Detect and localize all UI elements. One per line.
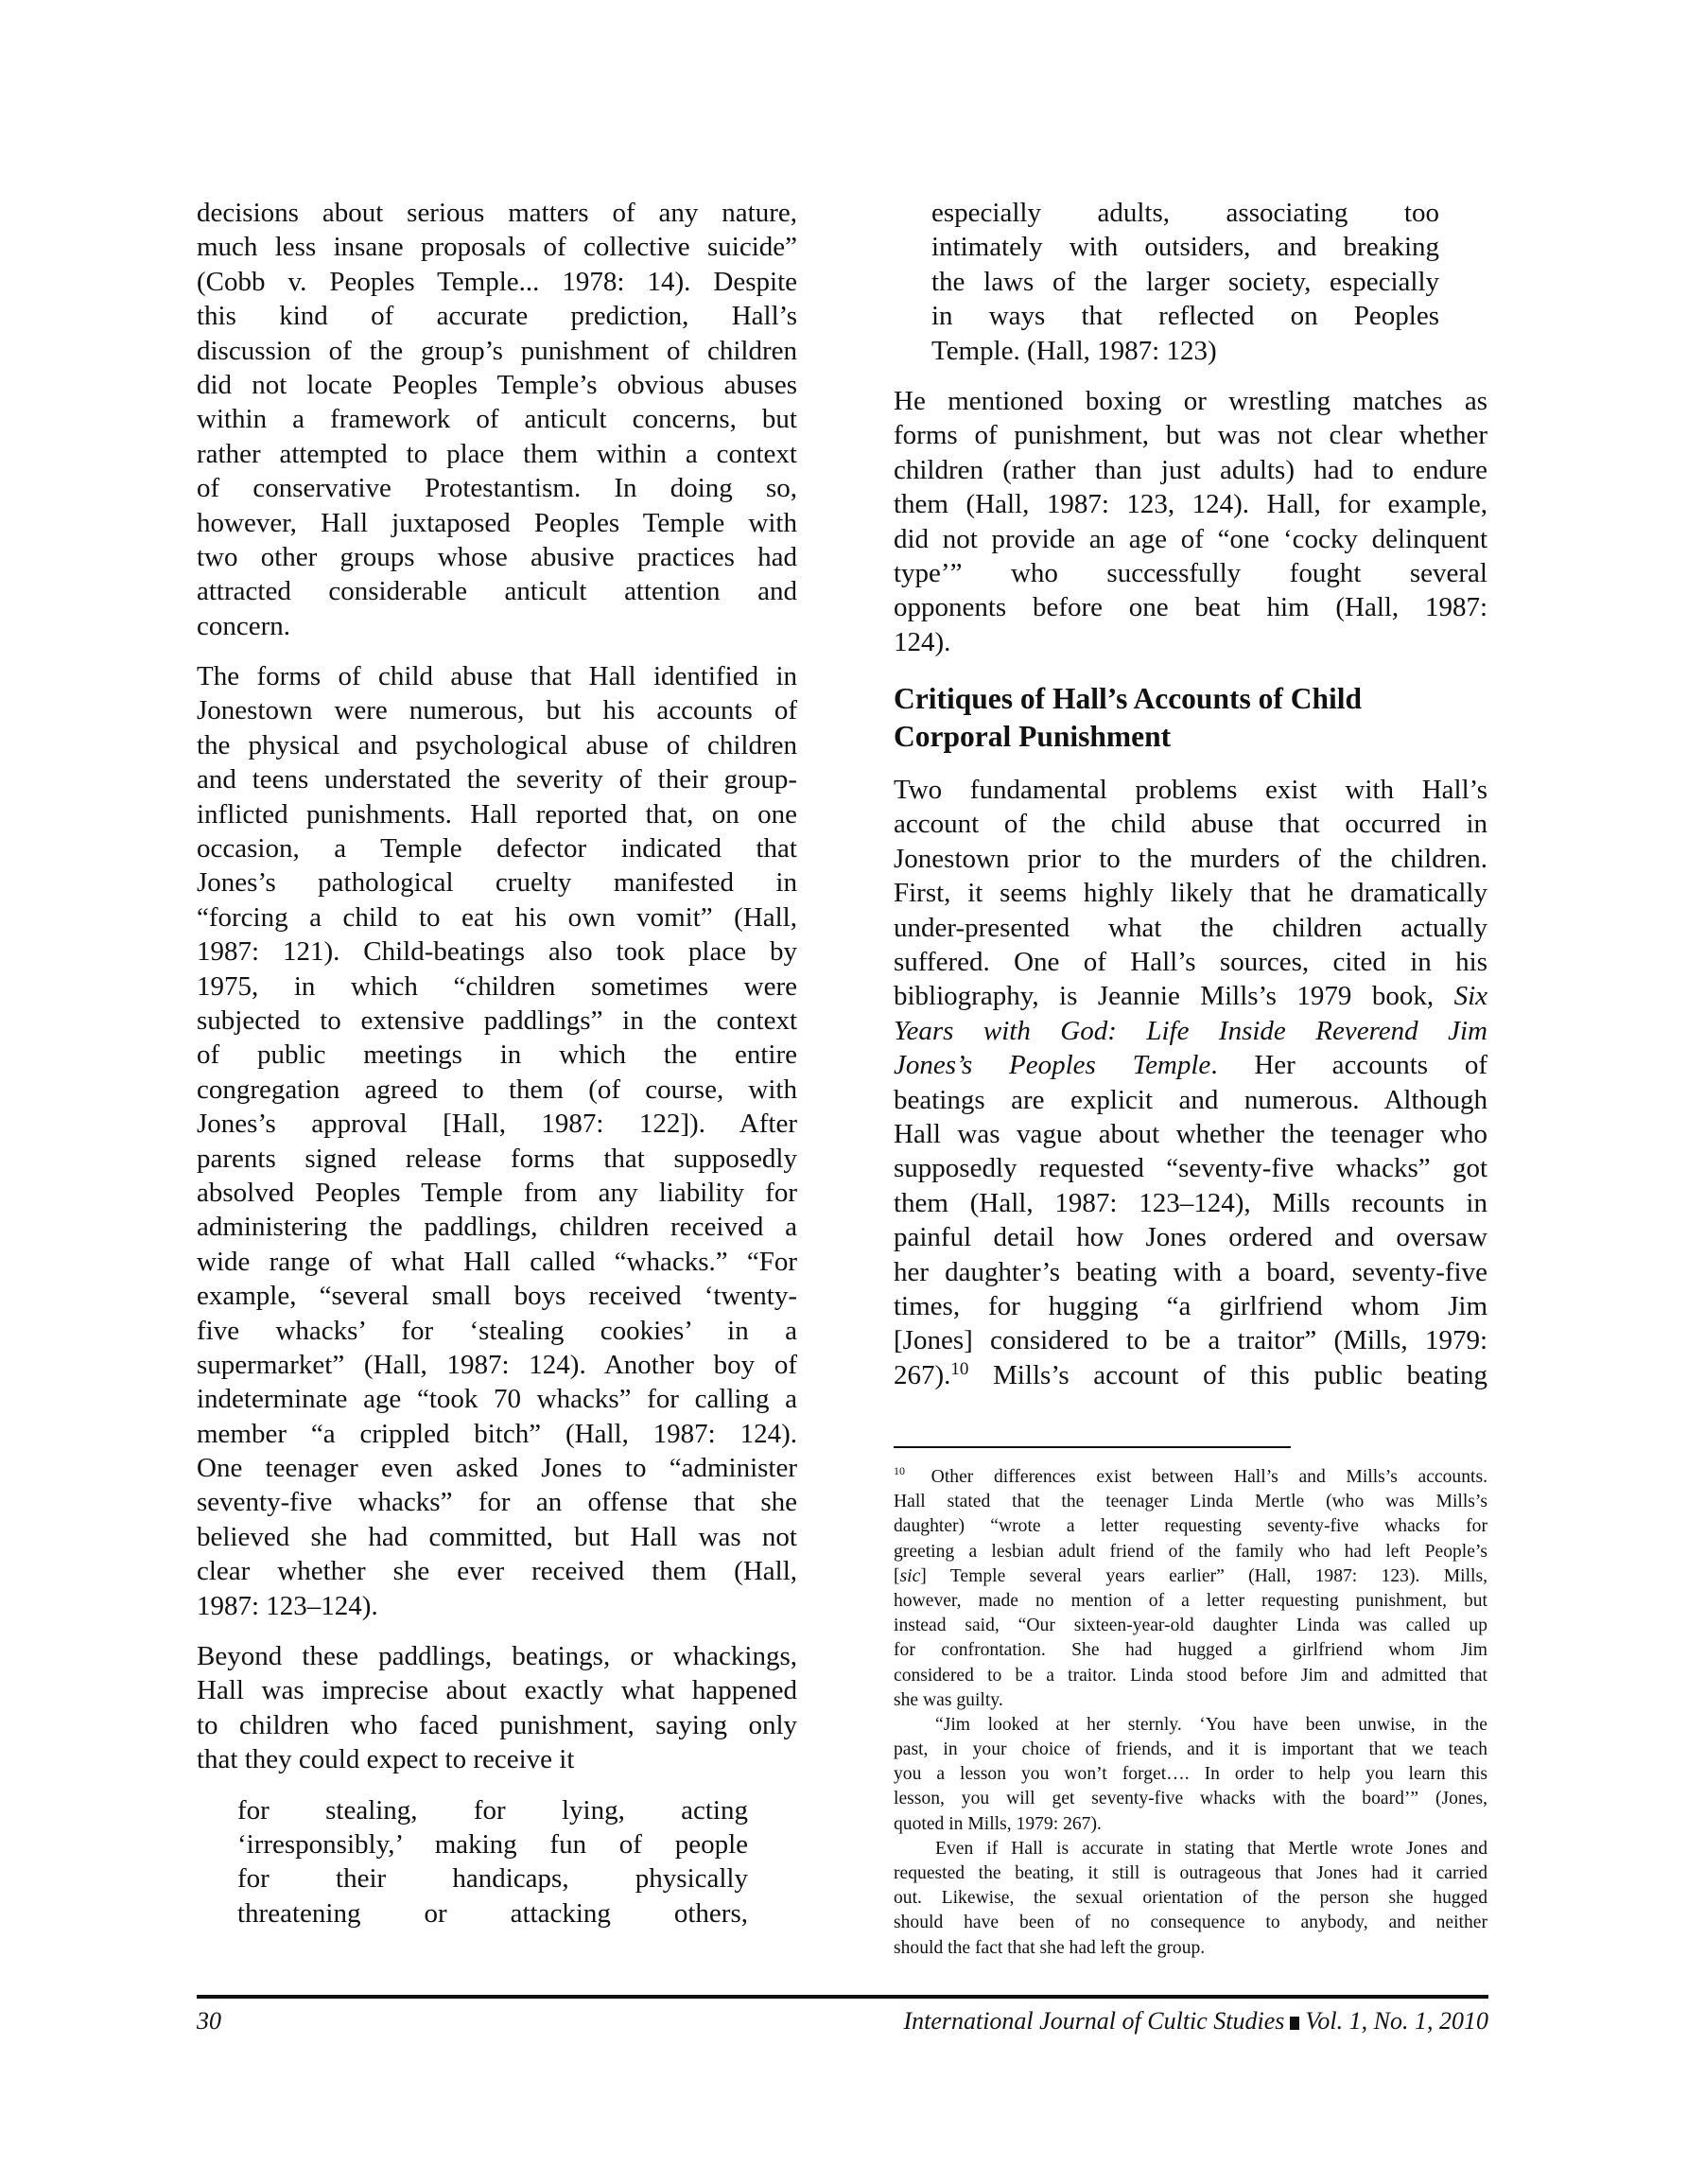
text-line: ‘irresponsibly,’ making fun of people xyxy=(237,1827,748,1861)
text-line: Temple. (Hall, 1987: 123) xyxy=(931,334,1439,368)
footer-rule xyxy=(197,1995,1488,1999)
footnote-line: for confrontation. She had hugged a girl… xyxy=(894,1638,1487,1663)
text-line: member “a crippled bitch” (Hall, 1987: 1… xyxy=(197,1417,797,1451)
text-line: and teens understated the severity of th… xyxy=(197,762,797,796)
paragraph: Beyond these paddlings, beatings, or wha… xyxy=(197,1639,797,1777)
footnote-separator xyxy=(894,1446,1291,1448)
text-line: to children who faced punishment, saying… xyxy=(197,1708,797,1742)
text-line: wide range of what Hall called “whacks.”… xyxy=(197,1245,797,1279)
text-line: (Cobb v. Peoples Temple... 1978: 14). De… xyxy=(197,265,797,299)
footnote-line: greeting a lesbian adult friend of the f… xyxy=(894,1540,1487,1564)
text-line: bibliography, is Jeannie Mills’s 1979 bo… xyxy=(894,979,1487,1013)
text-line: Jones’s Peoples Temple. Her accounts of xyxy=(894,1048,1487,1082)
heading-line: Corporal Punishment xyxy=(894,718,1487,756)
text-line: intimately with outsiders, and breaking xyxy=(931,230,1439,264)
section-heading: Critiques of Hall’s Accounts of Child Co… xyxy=(894,680,1487,756)
paragraph: Two fundamental problems exist with Hall… xyxy=(894,773,1487,1392)
text-line: Jones’s approval [Hall, 1987: 122]). Aft… xyxy=(197,1107,797,1141)
text-line: supposedly requested “seventy-five whack… xyxy=(894,1151,1487,1185)
text-line: occasion, a Temple defector indicated th… xyxy=(197,831,797,865)
journal-title: International Journal of Cultic Studies xyxy=(903,2007,1284,2035)
text-line: parents signed release forms that suppos… xyxy=(197,1142,797,1176)
footnote: 10 Other differences exist between Hall’… xyxy=(894,1465,1487,1961)
block-quote: especially adults, associating too intim… xyxy=(931,196,1439,368)
text-line: concern. xyxy=(197,609,797,643)
text-line: them (Hall, 1987: 123, 124). Hall, for e… xyxy=(894,487,1487,521)
text-line: 124). xyxy=(894,625,1487,659)
text-line: suffered. One of Hall’s sources, cited i… xyxy=(894,945,1487,979)
footnote-line: daughter) “wrote a letter requesting sev… xyxy=(894,1514,1487,1539)
text-line: them (Hall, 1987: 123–124), Mills recoun… xyxy=(894,1186,1487,1220)
text-line: 1987: 121). Child-beatings also took pla… xyxy=(197,935,797,969)
paragraph: decisions about serious matters of any n… xyxy=(197,196,797,643)
text-line: The forms of child abuse that Hall ident… xyxy=(197,659,797,693)
text-line: did not provide an age of “one ‘cocky de… xyxy=(894,522,1487,556)
block-quote: for stealing, for lying, acting ‘irrespo… xyxy=(237,1793,748,1931)
text-line: for their handicaps, physically xyxy=(237,1861,748,1896)
footnote-line: out. Likewise, the sexual orientation of… xyxy=(894,1886,1487,1911)
text-line: discussion of the group’s punishment of … xyxy=(197,334,797,368)
text-line: opponents before one beat him (Hall, 198… xyxy=(894,590,1487,624)
text-line: congregation agreed to them (of course, … xyxy=(197,1073,797,1107)
text-line: believed she had committed, but Hall was… xyxy=(197,1520,797,1554)
text-line: five whacks’ for ‘stealing cookies’ in a xyxy=(197,1314,797,1348)
text-line: Beyond these paddlings, beatings, or wha… xyxy=(197,1639,797,1673)
right-column: especially adults, associating too intim… xyxy=(894,196,1487,1392)
square-bullet-icon xyxy=(1290,2017,1299,2030)
text-line: decisions about serious matters of any n… xyxy=(197,196,797,230)
text-line: seventy-five whacks” for an offense that… xyxy=(197,1485,797,1519)
text-line: 267).10 Mills’s account of this public b… xyxy=(894,1358,1487,1392)
footnote-line: Hall stated that the teenager Linda Mert… xyxy=(894,1490,1487,1514)
text-line: Hall was vague about whether the teenage… xyxy=(894,1117,1487,1151)
text-line: 1975, in which “children sometimes were xyxy=(197,970,797,1004)
book-title: Jones’s Peoples Temple xyxy=(894,1050,1210,1080)
text-line: subjected to extensive paddlings” in the… xyxy=(197,1004,797,1038)
text-line: One teenager even asked Jones to “admini… xyxy=(197,1451,797,1485)
text-line: First, it seems highly likely that he dr… xyxy=(894,876,1487,910)
footnote-line: Even if Hall is accurate in stating that… xyxy=(894,1837,1487,1861)
book-title: Six xyxy=(1454,981,1487,1011)
footnote-line: she was guilty. xyxy=(894,1688,1487,1713)
text-line: indeterminate age “took 70 whacks” for c… xyxy=(197,1382,797,1416)
text-line: painful detail how Jones ordered and ove… xyxy=(894,1220,1487,1254)
footnote-line: however, made no mention of a letter req… xyxy=(894,1589,1487,1614)
text-line: much less insane proposals of collective… xyxy=(197,230,797,264)
left-column: decisions about serious matters of any n… xyxy=(197,196,797,1931)
text-line: inflicted punishments. Hall reported tha… xyxy=(197,797,797,831)
text-line: supermarket” (Hall, 1987: 124). Another … xyxy=(197,1348,797,1382)
text-line: this kind of accurate prediction, Hall’s xyxy=(197,299,797,333)
text-line: clear whether she ever received them (Ha… xyxy=(197,1554,797,1588)
text-line: for stealing, for lying, acting xyxy=(237,1793,748,1827)
text-line: of conservative Protestantism. In doing … xyxy=(197,471,797,505)
footnote-line: you a lesson you won’t forget…. In order… xyxy=(894,1762,1487,1787)
text-line: Hall was imprecise about exactly what ha… xyxy=(197,1673,797,1707)
text-line: beatings are explicit and numerous. Alth… xyxy=(894,1083,1487,1117)
text-line: however, Hall juxtaposed Peoples Temple … xyxy=(197,506,797,540)
text-line: within a framework of anticult concerns,… xyxy=(197,402,797,436)
footnote-line: requested the beating, it still is outra… xyxy=(894,1861,1487,1886)
text-line: Jones’s pathological cruelty manifested … xyxy=(197,865,797,900)
footnote-line: past, in your choice of friends, and it … xyxy=(894,1738,1487,1762)
text-line: did not locate Peoples Temple’s obvious … xyxy=(197,368,797,402)
footnote-line: quoted in Mills, 1979: 267). xyxy=(894,1812,1487,1837)
text-line: that they could expect to receive it xyxy=(197,1742,797,1776)
text-line: under-presented what the children actual… xyxy=(894,911,1487,945)
paragraph: The forms of child abuse that Hall ident… xyxy=(197,659,797,1623)
footnote-line: 10 Other differences exist between Hall’… xyxy=(894,1465,1487,1490)
text-line: Jonestown prior to the murders of the ch… xyxy=(894,842,1487,876)
footnote-reference[interactable]: 10 xyxy=(950,1359,968,1379)
footnote-line: considered to be a traitor. Linda stood … xyxy=(894,1664,1487,1688)
footnote-line: lesson, you will get seventy-five whacks… xyxy=(894,1787,1487,1811)
text-line: especially adults, associating too xyxy=(931,196,1439,230)
text-line: account of the child abuse that occurred… xyxy=(894,807,1487,841)
text-line: Years with God: Life Inside Reverend Jim xyxy=(894,1014,1487,1048)
page-number: 30 xyxy=(197,2007,221,2035)
text-line: of public meetings in which the entire xyxy=(197,1038,797,1072)
text-line: the physical and psychological abuse of … xyxy=(197,728,797,762)
text-line: threatening or attacking others, xyxy=(237,1896,748,1931)
heading-line: Critiques of Hall’s Accounts of Child xyxy=(894,680,1487,718)
footnote-line: “Jim looked at her sternly. ‘You have be… xyxy=(894,1713,1487,1738)
text-line: times, for hugging “a girlfriend whom Ji… xyxy=(894,1289,1487,1323)
footnote-line: should have been of no consequence to an… xyxy=(894,1911,1487,1935)
text-line: in ways that reflected on Peoples xyxy=(931,299,1439,333)
text-line: “forcing a child to eat his own vomit” (… xyxy=(197,900,797,935)
text-line: [Jones] considered to be a traitor” (Mil… xyxy=(894,1323,1487,1357)
footnote-line: instead said, “Our sixteen-year-old daug… xyxy=(894,1614,1487,1638)
text-line: rather attempted to place them within a … xyxy=(197,437,797,471)
text-line: attracted considerable anticult attentio… xyxy=(197,574,797,608)
text-line: 1987: 123–124). xyxy=(197,1589,797,1623)
paragraph: He mentioned boxing or wrestling matches… xyxy=(894,384,1487,659)
running-footer: International Journal of Cultic StudiesV… xyxy=(903,2007,1488,2035)
footnote-line: should the fact that she had left the gr… xyxy=(894,1936,1487,1961)
text-line: administering the paddlings, children re… xyxy=(197,1210,797,1244)
text-line: Jonestown were numerous, but his account… xyxy=(197,693,797,727)
text-line: her daughter’s beating with a board, sev… xyxy=(894,1255,1487,1289)
volume-info: Vol. 1, No. 1, 2010 xyxy=(1305,2007,1488,2035)
text-line: forms of punishment, but was not clear w… xyxy=(894,418,1487,452)
footnote-number: 10 xyxy=(894,1464,905,1477)
text-line: example, “several small boys received ‘t… xyxy=(197,1279,797,1313)
text-line: type’” who successfully fought several xyxy=(894,556,1487,590)
footnote-line: [sic] Temple several years earlier” (Hal… xyxy=(894,1564,1487,1589)
text-line: Two fundamental problems exist with Hall… xyxy=(894,773,1487,807)
text-line: the laws of the larger society, especial… xyxy=(931,265,1439,299)
text-line: two other groups whose abusive practices… xyxy=(197,540,797,574)
text-line: absolved Peoples Temple from any liabili… xyxy=(197,1176,797,1210)
text-line: children (rather than just adults) had t… xyxy=(894,453,1487,487)
text-line: He mentioned boxing or wrestling matches… xyxy=(894,384,1487,418)
